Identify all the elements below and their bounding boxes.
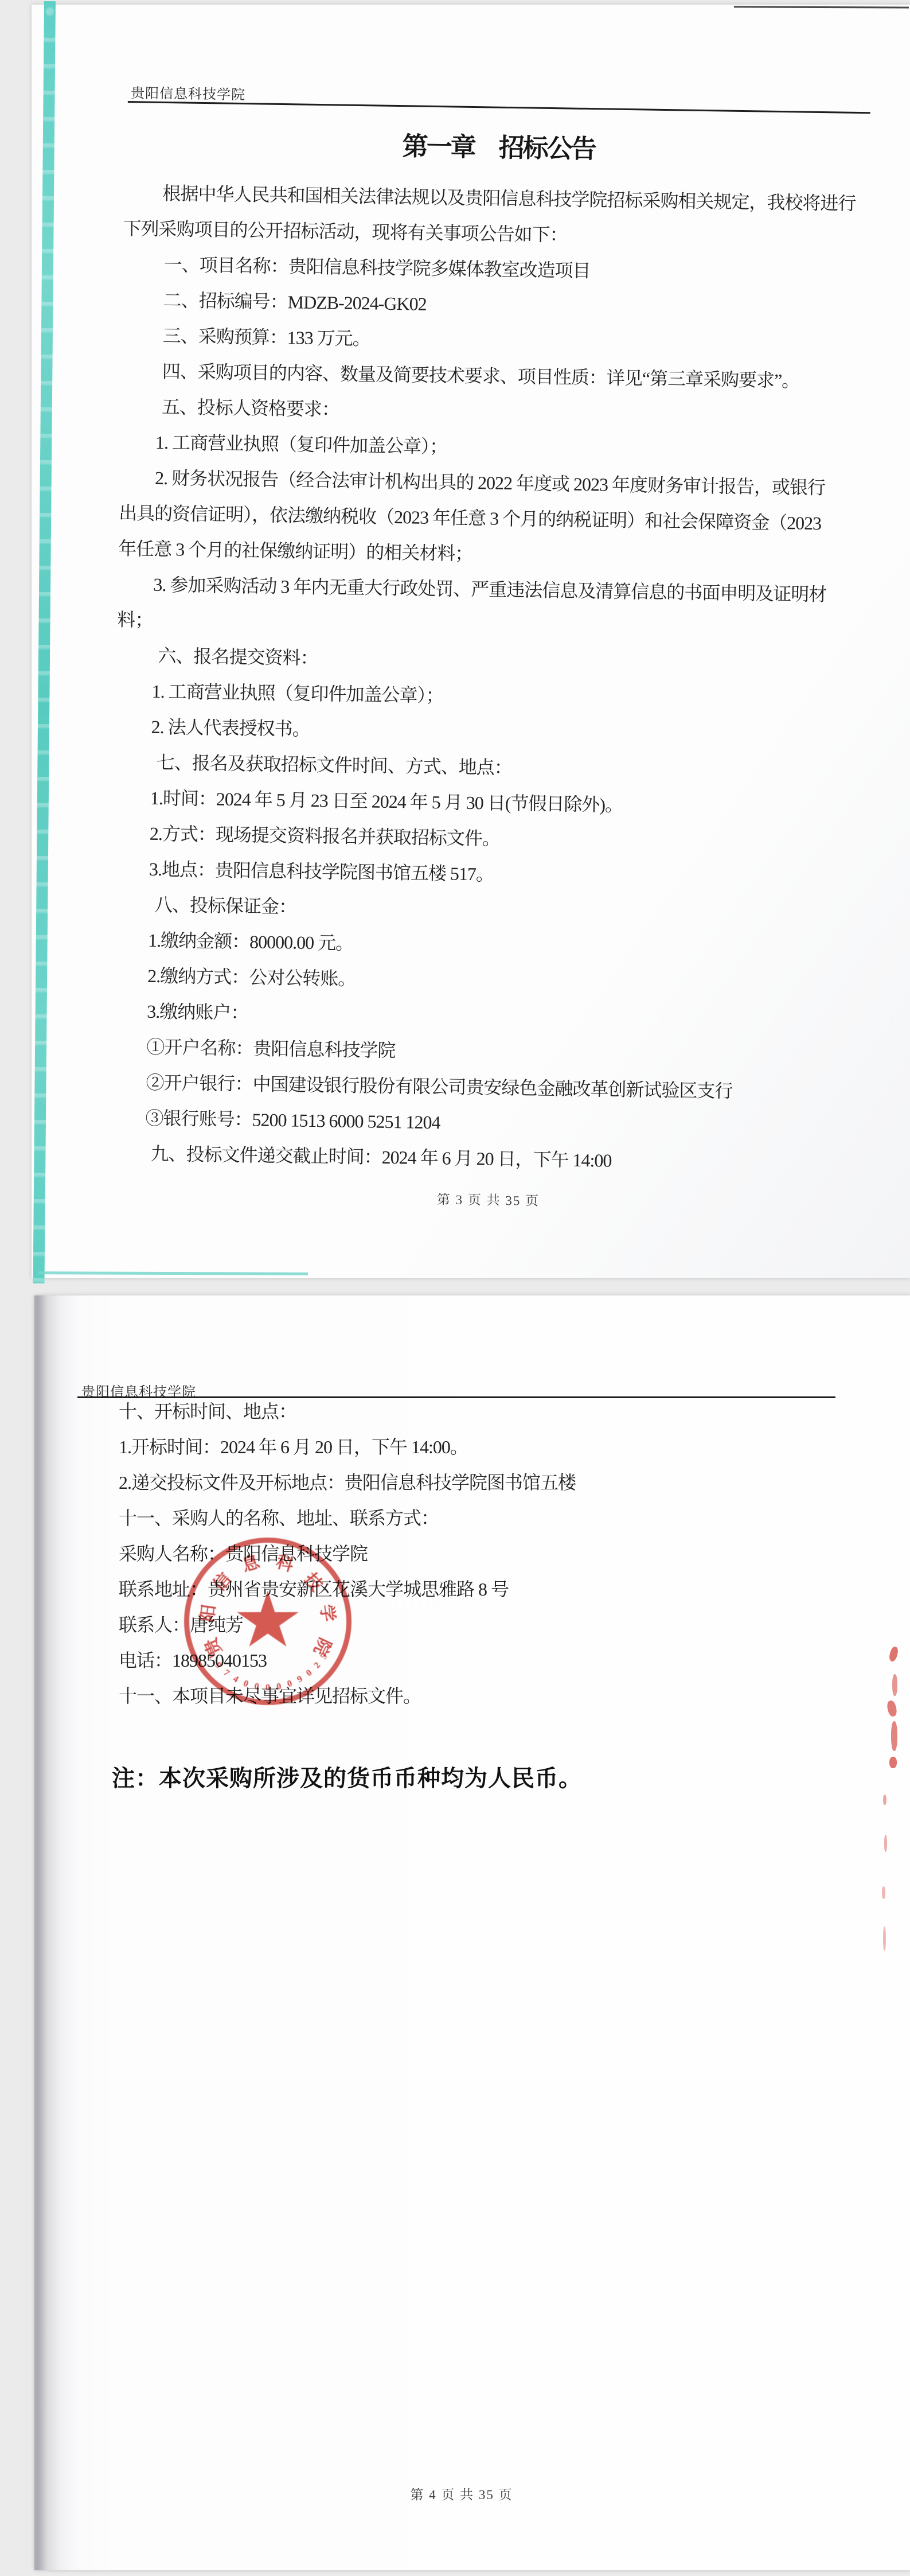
stamp-bleed-mark [889,1757,897,1768]
official-seal: 贵阳信息科技学院 5209000004791 [184,1538,351,1705]
seal-character: 7 [221,1668,231,1679]
body-text-column: 根据中华人民共和国相关法律法规以及贵阳信息科技学院招标采购相关规定，我校将进行下… [109,175,869,1182]
stamp-bleed-mark [883,1927,886,1951]
seal-character: 0 [265,1683,270,1693]
seal-character: 4 [231,1674,240,1686]
page-gutter-shadow [34,1295,79,2570]
text-line: 2.递交投标文件及开标地点：贵阳信息科技学院图书馆五楼 [119,1465,864,1500]
chapter-title: 第一章 招标公告 [88,120,909,170]
stamp-bleed-mark [882,1886,885,1899]
stamp-bleed-mark [891,1721,897,1751]
seal-character: 9 [295,1674,304,1686]
page-number: 第 4 页 共 35 页 [347,2484,576,2503]
seal-character: 2 [312,1660,323,1671]
stamp-bleed-mark [883,1795,886,1805]
page-top-edge-shadow [734,6,909,8]
seal-code-text: 5209000004791 [189,1543,346,1700]
seal-character: 0 [276,1682,282,1692]
stamp-bleed-mark [884,1835,887,1852]
currency-note: 注：本次采购所涉及的货币币种均为人民币。 [112,1760,582,1793]
seal-character: 9 [213,1660,224,1671]
page-1-content: 贵阳信息科技学院 第一章 招标公告 根据中华人民共和国相关法律法规以及贵阳信息科… [14,3,910,1290]
page-2: 贵阳信息科技学院 十、开标时间、地点：1.开标时间：2024 年 6 月 20 … [34,1295,910,2570]
text-line: 1.开标时间：2024 年 6 月 20 日，下午 14:00。 [119,1429,864,1465]
seal-character: 1 [206,1652,217,1661]
text-line: 十一、采购人的名称、地址、联系方式： [119,1500,864,1536]
text-line: 十、开标时间、地点： [119,1394,864,1429]
stamp-bleed-mark [886,1700,897,1718]
stamp-bleed-mark [892,1674,897,1696]
page-1: 贵阳信息科技学院 第一章 招标公告 根据中华人民共和国相关法律法规以及贵阳信息科… [32,5,910,1278]
seal-character: 5 [319,1652,330,1661]
page-header: 贵阳信息科技学院 [131,81,245,103]
header-rule [128,101,870,114]
seal-character: 0 [253,1682,260,1692]
seal-character: 0 [242,1679,250,1690]
scanned-document: 贵阳信息科技学院 第一章 招标公告 根据中华人民共和国相关法律法规以及贵阳信息科… [0,0,910,2576]
stamp-bleed-mark [888,1646,899,1662]
seal-character: 0 [286,1679,294,1690]
page-number: 第 3 页 共 35 页 [373,1188,603,1211]
seal-character: 0 [304,1668,314,1679]
